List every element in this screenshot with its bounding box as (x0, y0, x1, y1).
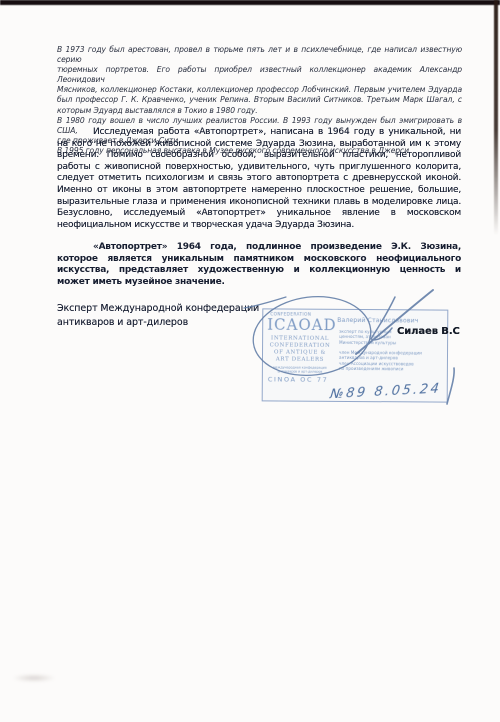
text-line: на кого не похожей живописной системе Эд… (57, 139, 461, 151)
text-line: Именно от иконы в этом автопортрете наме… (57, 185, 461, 197)
text-line: которым Эдуард выставлялся в Токио в 198… (57, 106, 462, 116)
scan-smudge (12, 674, 56, 682)
text-line: Исследуемая работа «Автопортрет», написа… (57, 127, 461, 139)
text-line: неофициальном искусстве и творческая уда… (57, 220, 461, 232)
text-line: Мясников, коллекционер Костаки, коллекци… (57, 85, 462, 95)
text-line: искусства, представляет художественную и… (57, 265, 461, 277)
text-line: был профессор Г. К. Кравченко, ученик Ре… (57, 95, 462, 105)
scanned-expertise-document: { "bio": { "lines": [ "В 1973 году был а… (0, 0, 500, 722)
scan-edge-right (494, 0, 498, 235)
text-line: работы с живописной поверхностью, удивит… (57, 162, 461, 174)
text-line: которое является уникальным памятником м… (57, 254, 461, 266)
text-line: Безусловно, исследуемый «Автопортрет» ун… (57, 208, 461, 220)
text-line: следует отметить психологизм и связь это… (57, 173, 461, 185)
analysis-paragraph: Исследуемая работа «Автопортрет», написа… (57, 127, 461, 231)
scan-edge-top (0, 0, 500, 5)
text-line: тюремных портретов. Его работы приобрел … (57, 65, 462, 85)
text-line: выразительные глаза и применения иконопи… (57, 197, 461, 209)
text-line: В 1973 году был арестован, провел в тюрь… (57, 45, 462, 65)
text-line: «Автопортрет» 1964 года, подлинное произ… (57, 242, 461, 254)
signature-name: Силаев В.С (397, 326, 460, 337)
text-line: времени. Помимо своеобразной особой, выр… (57, 150, 461, 162)
